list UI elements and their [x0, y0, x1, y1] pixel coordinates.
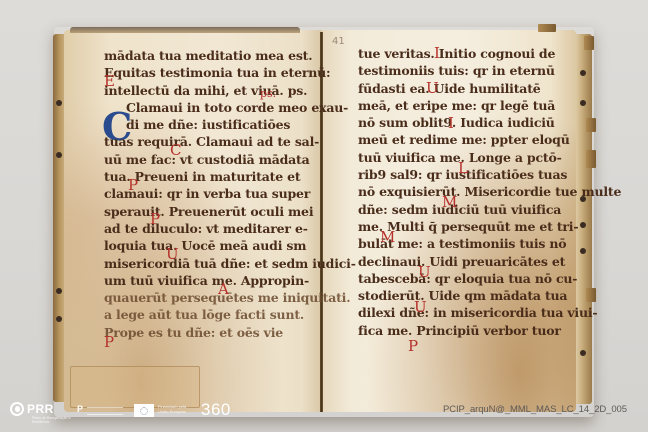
binding-nail	[580, 70, 586, 76]
rubric-initial: E	[104, 72, 115, 90]
rubric-psalm-mark: ps.	[260, 87, 276, 100]
text-line: testimoniis tuis: qr in eternū	[358, 62, 554, 79]
rubric-initial: L	[458, 159, 468, 177]
text-line: Prope es tu dñe: et oēs vie	[104, 324, 300, 341]
binding-nail	[56, 152, 62, 158]
rubric-initial: U	[418, 263, 431, 281]
rubric-initial: P	[128, 176, 138, 194]
partner-p-logo-icon: P	[77, 404, 83, 414]
rubric-initial: M	[442, 193, 457, 211]
eu-funding-caption: Financiado pela União Europeia	[158, 405, 192, 414]
book-gutter	[320, 32, 323, 412]
binding-nail	[56, 100, 62, 106]
page-tab	[584, 36, 594, 50]
rubric-initial: U	[426, 79, 439, 97]
text-line: tuas requirā. Clamaui ad te sal-	[104, 133, 300, 150]
text-line: meū et redime me: ppter eloqū	[358, 131, 554, 148]
text-line: di me dñe: iustificatiōes	[104, 116, 300, 133]
rubric-initial: P	[104, 333, 114, 351]
partner-logo-text-lines	[87, 407, 123, 415]
image-identifier: PCIP_arquN@_MML_MAS_LC_14_2D_005	[443, 404, 627, 415]
text-line: mādata tua meditatio mea est.	[104, 47, 300, 64]
text-line: Equitas testimonia tua in eternū:	[104, 64, 300, 81]
text-line: tabescebā: qr eloquia tua nō cu-	[358, 270, 554, 287]
text-line: rib9 sal9: qr iustificatiōes tuas	[358, 166, 554, 183]
text-line: meā, et eripe me: qr legē tuā	[358, 97, 554, 114]
rubric-initial: I	[448, 114, 454, 132]
rubric-initial: A	[218, 280, 229, 298]
rubric-initial: M	[380, 228, 395, 246]
binding-nail	[56, 288, 62, 294]
text-line: loquia tua. Uocē meā audi sm	[104, 237, 300, 254]
page-tab	[586, 118, 596, 132]
text-line: fica me. Principiū verbor tuor	[358, 322, 554, 339]
rubric-initial: U	[166, 245, 179, 263]
binding-nail	[580, 100, 586, 106]
rubric-initial: P	[408, 337, 418, 355]
prr-emblem-icon	[10, 402, 24, 416]
manuscript-photo-viewer: C mādata tua meditatio mea est. Equitas …	[0, 0, 648, 432]
rubric-initial: I	[434, 44, 440, 62]
rubric-initial: C	[170, 141, 181, 159]
rubric-initial: P	[150, 210, 160, 228]
prr-subtitle: Plano de Recuperação e Resiliência	[32, 416, 72, 424]
text-line: ad te diluculo: vt meditarer e-	[104, 220, 300, 237]
folio-number: 41	[332, 36, 345, 47]
eu-flag-icon	[134, 404, 154, 417]
text-line: fūdasti ea. Uide humilitatē	[358, 80, 554, 97]
text-line: um tuū viuifica me. Appropin-	[104, 272, 300, 289]
text-line: a lege aūt tua lōge facti sunt.	[104, 306, 300, 323]
text-line: uū me fac: vt custodiā mādata	[104, 151, 300, 168]
text-line: nō sum oblit9. Iudica iudiciū	[358, 114, 554, 131]
text-line: declinaui. Uidi preuaricātes et	[358, 253, 554, 270]
text-line: stodierūt. Uide qm mādata tua	[358, 287, 554, 304]
rubric-initial: U	[414, 298, 427, 316]
text-line: Clamaui in toto corde meo exau-	[104, 99, 300, 116]
binding-nail	[580, 350, 586, 356]
binding-nail	[580, 222, 586, 228]
text-line: quauerūt persequētes me iniquitati.	[104, 289, 300, 306]
eu-stars-ring-icon	[140, 407, 148, 415]
page-tab	[586, 288, 596, 302]
text-line: misericordiā tuā dñe: et sedm iudici-	[104, 255, 300, 272]
page-tab	[586, 150, 596, 168]
prr-logo-text: PRR	[27, 402, 54, 416]
prr-logo: PRR	[10, 402, 54, 416]
binding-nail	[56, 316, 62, 322]
text-line: tue veritas. Initio cognoui de	[358, 45, 554, 62]
badge-360: 360	[201, 400, 231, 420]
text-line: dilexi dñe: in misericordia tua viui-	[358, 304, 554, 321]
text-line: sperauit. Preuenerūt oculi mei	[104, 203, 300, 220]
binding-nail	[580, 248, 586, 254]
text-line: tuū viuifica me. Longe a pctō-	[358, 149, 554, 166]
page-top-edge	[70, 27, 300, 33]
page-tab	[538, 24, 556, 32]
